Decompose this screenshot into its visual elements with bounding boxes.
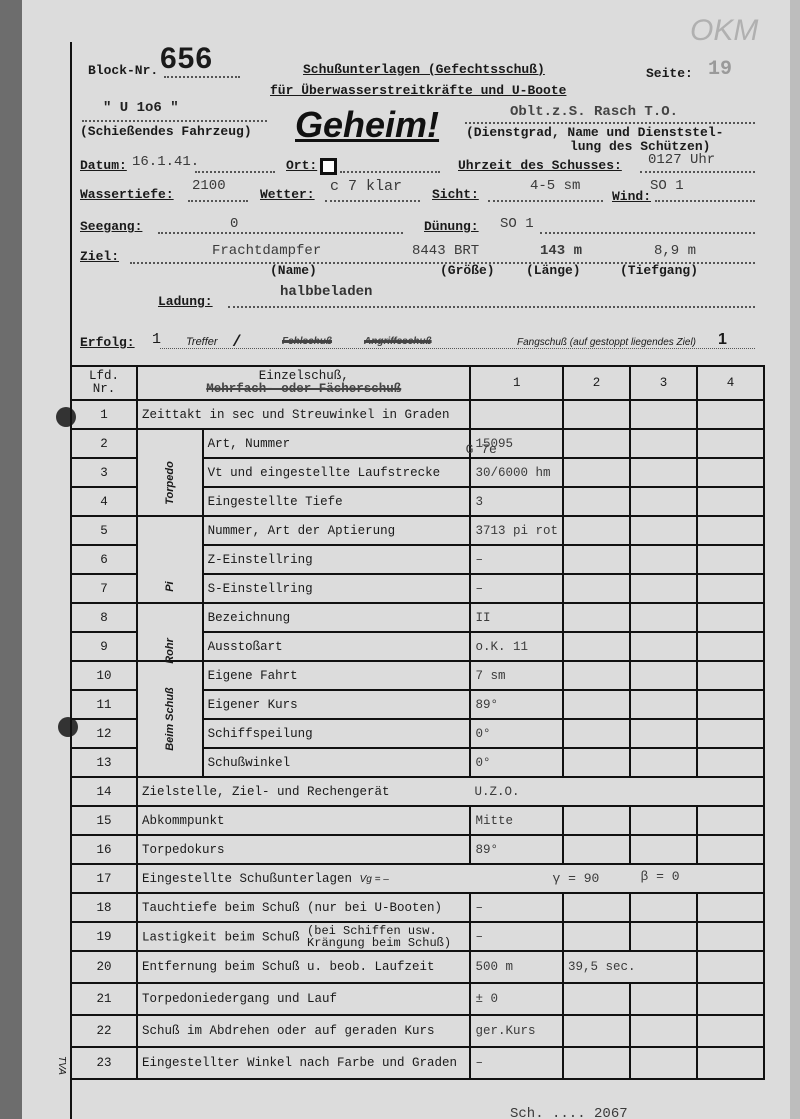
dotted-line	[82, 120, 267, 122]
table-row: 5 Pi Nummer, Art der Aptierung 3713 pi r…	[71, 516, 764, 545]
row-col-2	[563, 719, 630, 748]
wetter-label: Wetter:	[260, 187, 315, 202]
row-col-3	[630, 603, 697, 632]
ort-label: Ort:	[286, 158, 317, 173]
dotted-line	[325, 200, 420, 202]
dotted-line	[540, 232, 755, 234]
row-label: Lastigkeit beim Schuß (bei Schiffen usw.…	[137, 922, 470, 951]
row-label: Bezeichnung	[203, 603, 471, 632]
row-label-text: Art, Nummer	[208, 437, 291, 451]
row-col-3	[630, 661, 697, 690]
row-label-note: (bei Schiffen usw.Krängung beim Schuß)	[307, 925, 451, 949]
row-col-2	[563, 632, 630, 661]
erfolg-treffer-count: 1	[152, 331, 161, 348]
ziel-tiefgang-caption: (Tiefgang)	[620, 263, 698, 278]
row-nr: 20	[71, 951, 137, 983]
row-col-2	[563, 574, 630, 603]
row-label: Zeittakt in sec und Streuwinkel in Grade…	[137, 400, 470, 429]
erfolg-label: Erfolg:	[80, 335, 135, 350]
torpedo-type-value: G 7e	[466, 442, 497, 457]
table-row: 23 Eingestellter Winkel nach Farbe und G…	[71, 1047, 764, 1079]
row-col-2	[563, 893, 630, 922]
row-col-1: 3713 pi rot	[470, 516, 563, 545]
header-desc: Einzelschuß, Mehrfach- oder Fächerschuß	[137, 366, 470, 400]
row-col-2	[563, 661, 630, 690]
row-col-4	[697, 922, 764, 951]
dotted-line	[640, 171, 755, 173]
row-nr: 5	[71, 516, 137, 545]
table-row: 22 Schuß im Abdrehen oder auf geraden Ku…	[71, 1015, 764, 1047]
datum-label: Datum:	[80, 158, 127, 173]
row-col-1: 30/6000 hm	[470, 458, 563, 487]
group-label: Torpedo	[164, 441, 176, 505]
row-col-4	[697, 951, 764, 983]
ladung-label: Ladung:	[158, 294, 213, 309]
row-nr: 8	[71, 603, 137, 632]
table-row: 2 Torpedo Art, NummerG 7e 15095	[71, 429, 764, 458]
row-col-1: 0°	[470, 719, 563, 748]
group-label: Rohr	[164, 600, 176, 664]
erfolg-fangschuss-count: 1	[718, 331, 727, 349]
row-col-3	[630, 545, 697, 574]
row-label: S-Einstellring	[203, 574, 471, 603]
header-col-4: 4	[697, 366, 764, 400]
row-col-1: ger.Kurs	[470, 1015, 563, 1047]
row-col-4	[697, 1047, 764, 1079]
row-col-2	[563, 603, 630, 632]
row-nr: 17	[71, 864, 137, 893]
table-row: 14 Zielstelle, Ziel- und Rechengerät U.Z…	[71, 777, 764, 806]
margin-note: TVA	[56, 1056, 67, 1075]
ziel-laenge: 143 m	[540, 243, 582, 259]
table-row: 21 Torpedoniedergang und Lauf ± 0	[71, 983, 764, 1015]
sicht-label: Sicht:	[432, 187, 479, 202]
row-col-4	[697, 893, 764, 922]
group-label: Pi	[164, 528, 176, 592]
block-number: 656	[160, 42, 213, 76]
ladung-value: halbbeladen	[280, 284, 372, 300]
seegang-value: 0	[230, 216, 238, 232]
row-value-span: γ = 90 β = 0	[470, 864, 764, 893]
row-col-2	[563, 806, 630, 835]
wind-label: Wind:	[612, 189, 651, 204]
row-col-4	[697, 835, 764, 864]
row-nr: 21	[71, 983, 137, 1015]
ziel-laenge-caption: (Länge)	[526, 263, 581, 278]
dotted-line	[488, 200, 603, 202]
corner-mark: OKM	[690, 14, 758, 48]
row-nr: 22	[71, 1015, 137, 1047]
dotted-line	[228, 306, 755, 308]
row-label: Eingestellte Tiefe	[203, 487, 471, 516]
row-label: Art, NummerG 7e	[203, 429, 471, 458]
row-label: Abkommpunkt	[137, 806, 470, 835]
row-col-4	[697, 574, 764, 603]
table-row: 19 Lastigkeit beim Schuß (bei Schiffen u…	[71, 922, 764, 951]
erfolg-treffer: Treffer	[186, 336, 218, 348]
header-col-1: 1	[470, 366, 563, 400]
row-nr: 9	[71, 632, 137, 661]
row-label: Vt und eingestellte Laufstrecke	[203, 458, 471, 487]
row-col-4	[697, 545, 764, 574]
row-col-1: –	[470, 574, 563, 603]
header-nr: Lfd. Nr.	[71, 366, 137, 400]
scan-edge-left	[0, 0, 22, 1119]
row-col-1: II	[470, 603, 563, 632]
row-col-4	[697, 983, 764, 1015]
row-col-1: 0°	[470, 748, 563, 777]
row-label: Entfernung beim Schuß u. beob. Laufzeit	[137, 951, 470, 983]
row-col-2	[563, 487, 630, 516]
row-col-2	[563, 545, 630, 574]
sicht-value: 4-5 sm	[530, 178, 580, 194]
group-pi: Pi	[137, 516, 203, 603]
row-col-2	[563, 835, 630, 864]
row-value-span: U.Z.O.	[470, 777, 764, 806]
row-nr: 13	[71, 748, 137, 777]
row-col-1: 7 sm	[470, 661, 563, 690]
row-col-4	[697, 516, 764, 545]
row-nr: 4	[71, 487, 137, 516]
table-row: 10 Beim Schuß Eigene Fahrt 7 sm	[71, 661, 764, 690]
row-nr: 1	[71, 400, 137, 429]
duenung-value: SO 1	[500, 216, 534, 232]
wind-value: SO 1	[650, 178, 684, 194]
row-label: Schuß im Abdrehen oder auf geraden Kurs	[137, 1015, 470, 1047]
row-nr: 6	[71, 545, 137, 574]
uhrzeit-value: 0127 Uhr	[648, 152, 715, 168]
row-nr: 3	[71, 458, 137, 487]
row-col-4	[697, 806, 764, 835]
row-col-2	[563, 429, 630, 458]
table-header-row: Lfd. Nr. Einzelschuß, Mehrfach- oder Fäc…	[71, 366, 764, 400]
row-col-4	[697, 429, 764, 458]
table-row: 17 Eingestellte Schußunterlagen Vg = – γ…	[71, 864, 764, 893]
row-label-text: Lastigkeit beim Schuß	[142, 930, 300, 944]
table-row: 18 Tauchtiefe beim Schuß (nur bei U-Boot…	[71, 893, 764, 922]
header-col-2: 2	[563, 366, 630, 400]
row-col-4	[697, 603, 764, 632]
table-row: 20 Entfernung beim Schuß u. beob. Laufze…	[71, 951, 764, 983]
row-col-2	[563, 1047, 630, 1079]
row-col-4	[697, 1015, 764, 1047]
row-col-1: ± 0	[470, 983, 563, 1015]
row-col-3	[630, 748, 697, 777]
table-row: 15 Abkommpunkt Mitte	[71, 806, 764, 835]
row-col-3	[630, 429, 697, 458]
row-col-3	[630, 690, 697, 719]
row-col-2	[563, 983, 630, 1015]
ziel-label: Ziel:	[80, 249, 119, 264]
row-col-1: 500 m	[470, 951, 563, 983]
row-col-3	[630, 458, 697, 487]
ziel-groesse: 8443 BRT	[412, 243, 479, 259]
row-note-line: Krängung beim Schuß)	[307, 937, 451, 949]
seegang-label: Seegang:	[80, 219, 142, 234]
gamma-value: γ = 90	[552, 871, 599, 886]
dotted-line	[164, 76, 240, 78]
row-col-2	[563, 1015, 630, 1047]
row-col-3	[630, 983, 697, 1015]
ziel-groesse-caption: (Größe)	[440, 263, 495, 278]
row-col-3	[630, 893, 697, 922]
row-note-line: (bei Schiffen usw.	[307, 925, 451, 937]
row-col-2	[563, 400, 630, 429]
row-nr: 19	[71, 922, 137, 951]
row-col-1: –	[470, 922, 563, 951]
row-col-4	[697, 400, 764, 429]
block-label: Block-Nr.	[88, 63, 158, 78]
row-label: Torpedokurs	[137, 835, 470, 864]
page-label: Seite:	[646, 66, 693, 81]
group-beim-schuss: Beim Schuß	[137, 661, 203, 777]
shooter-label-1: (Dienstgrad, Name und Dienststel-	[466, 125, 723, 140]
row-nr: 23	[71, 1047, 137, 1079]
row-label: Eingestellte Schußunterlagen Vg = –	[137, 864, 470, 893]
row-col-3	[630, 719, 697, 748]
row-col-3	[630, 835, 697, 864]
form-title-line1: Schußunterlagen (Gefechtsschuß)	[303, 62, 545, 77]
uhrzeit-label: Uhrzeit des Schusses:	[458, 158, 622, 173]
row-label: Torpedoniedergang und Lauf	[137, 983, 470, 1015]
datum-value: 16.1.41.	[132, 154, 199, 170]
row-label: Tauchtiefe beim Schuß (nur bei U-Booten)	[137, 893, 470, 922]
row-nr: 2	[71, 429, 137, 458]
row-label: Schiffspeilung	[203, 719, 471, 748]
row-label: Z-Einstellring	[203, 545, 471, 574]
ziel-tiefgang: 8,9 m	[654, 243, 696, 259]
row-col-2	[563, 748, 630, 777]
row-col-2	[563, 922, 630, 951]
secret-stamp: Geheim!	[295, 104, 439, 146]
row-col-2	[563, 458, 630, 487]
row-col-3	[630, 487, 697, 516]
row-col-4	[697, 661, 764, 690]
row-label: Nummer, Art der Aptierung	[203, 516, 471, 545]
erfolg-fehlschuss: Fehlschuß	[282, 336, 332, 347]
row-col-2: 39,5 sec.	[563, 951, 697, 983]
row-col-4	[697, 748, 764, 777]
vessel-value: " U 1o6 "	[103, 100, 179, 116]
row-label: Eigener Kurs	[203, 690, 471, 719]
row-label: Eigene Fahrt	[203, 661, 471, 690]
row-col-3	[630, 516, 697, 545]
row-col-3	[630, 400, 697, 429]
wassertiefe-label: Wassertiefe:	[80, 187, 174, 202]
row-col-4	[697, 458, 764, 487]
ort-redacted-box	[320, 158, 337, 175]
row-label: Ausstoßart	[203, 632, 471, 661]
shooter-value: Oblt.z.S. Rasch T.O.	[510, 104, 678, 120]
row-col-1: 3	[470, 487, 563, 516]
ziel-name-caption: (Name)	[270, 263, 317, 278]
row-col-1: 89°	[470, 690, 563, 719]
row-nr: 15	[71, 806, 137, 835]
row-col-3	[630, 574, 697, 603]
wassertiefe-value: 2100	[192, 178, 226, 194]
row-col-2	[563, 690, 630, 719]
dotted-line	[465, 122, 755, 124]
row-nr: 10	[71, 661, 137, 690]
row-col-2	[563, 516, 630, 545]
table-row: 16 Torpedokurs 89°	[71, 835, 764, 864]
row-col-3	[630, 1047, 697, 1079]
row-label: Schußwinkel	[203, 748, 471, 777]
erfolg-angriffsschuss: Angriffsschuß	[364, 336, 432, 347]
table-row: 1 Zeittakt in sec und Streuwinkel in Gra…	[71, 400, 764, 429]
dotted-line	[158, 232, 403, 234]
row-col-1: –	[470, 545, 563, 574]
dotted-line	[195, 171, 275, 173]
row-col-4	[697, 487, 764, 516]
group-rohr: Rohr	[137, 603, 203, 661]
vessel-label: (Schießendes Fahrzeug)	[80, 124, 252, 139]
row-col-3	[630, 806, 697, 835]
group-torpedo: Torpedo	[137, 429, 203, 516]
dotted-line	[340, 171, 440, 173]
row-nr: 7	[71, 574, 137, 603]
row-label-text: Eingestellte Schußunterlagen	[142, 872, 352, 886]
dotted-line	[160, 348, 755, 349]
wetter-value: c 7 klar	[330, 178, 402, 195]
header-col-3: 3	[630, 366, 697, 400]
footer-partial: Sch. .... 2067	[510, 1106, 628, 1119]
duenung-label: Dünung:	[424, 219, 479, 234]
row-nr: 11	[71, 690, 137, 719]
form-title-line2: für Überwasserstreitkräfte und U-Boote	[270, 83, 566, 98]
row-col-1: –	[470, 893, 563, 922]
row-nr: 12	[71, 719, 137, 748]
row-col-1: –	[470, 1047, 563, 1079]
erfolg-fangschuss: Fangschuß (auf gestoppt liegendes Ziel)	[517, 337, 696, 348]
scan-edge-right	[790, 0, 800, 1119]
row-col-1: 89°	[470, 835, 563, 864]
beta-value: β = 0	[640, 869, 679, 884]
row-nr: 14	[71, 777, 137, 806]
ziel-name: Frachtdampfer	[212, 243, 321, 259]
table-row: 8 Rohr Bezeichnung II	[71, 603, 764, 632]
group-label: Beim Schuß	[164, 687, 176, 751]
row-label: Zielstelle, Ziel- und Rechengerät	[137, 777, 470, 806]
shot-data-table: Lfd. Nr. Einzelschuß, Mehrfach- oder Fäc…	[70, 365, 765, 1080]
vg-value: Vg = –	[360, 874, 389, 885]
dotted-line	[188, 200, 248, 202]
row-col-1: o.K. 11	[470, 632, 563, 661]
row-label: Eingestellter Winkel nach Farbe und Grad…	[137, 1047, 470, 1079]
row-nr: 18	[71, 893, 137, 922]
dotted-line	[655, 200, 755, 202]
row-nr: 16	[71, 835, 137, 864]
row-col-4	[697, 690, 764, 719]
row-col-3	[630, 632, 697, 661]
page-number: 19	[708, 58, 732, 81]
row-col-4	[697, 632, 764, 661]
row-col-1	[470, 400, 563, 429]
header-desc-line2: Mehrfach- oder Fächerschuß	[142, 383, 465, 396]
row-col-3	[630, 1015, 697, 1047]
row-col-4	[697, 719, 764, 748]
row-col-1: Mitte	[470, 806, 563, 835]
row-col-3	[630, 922, 697, 951]
